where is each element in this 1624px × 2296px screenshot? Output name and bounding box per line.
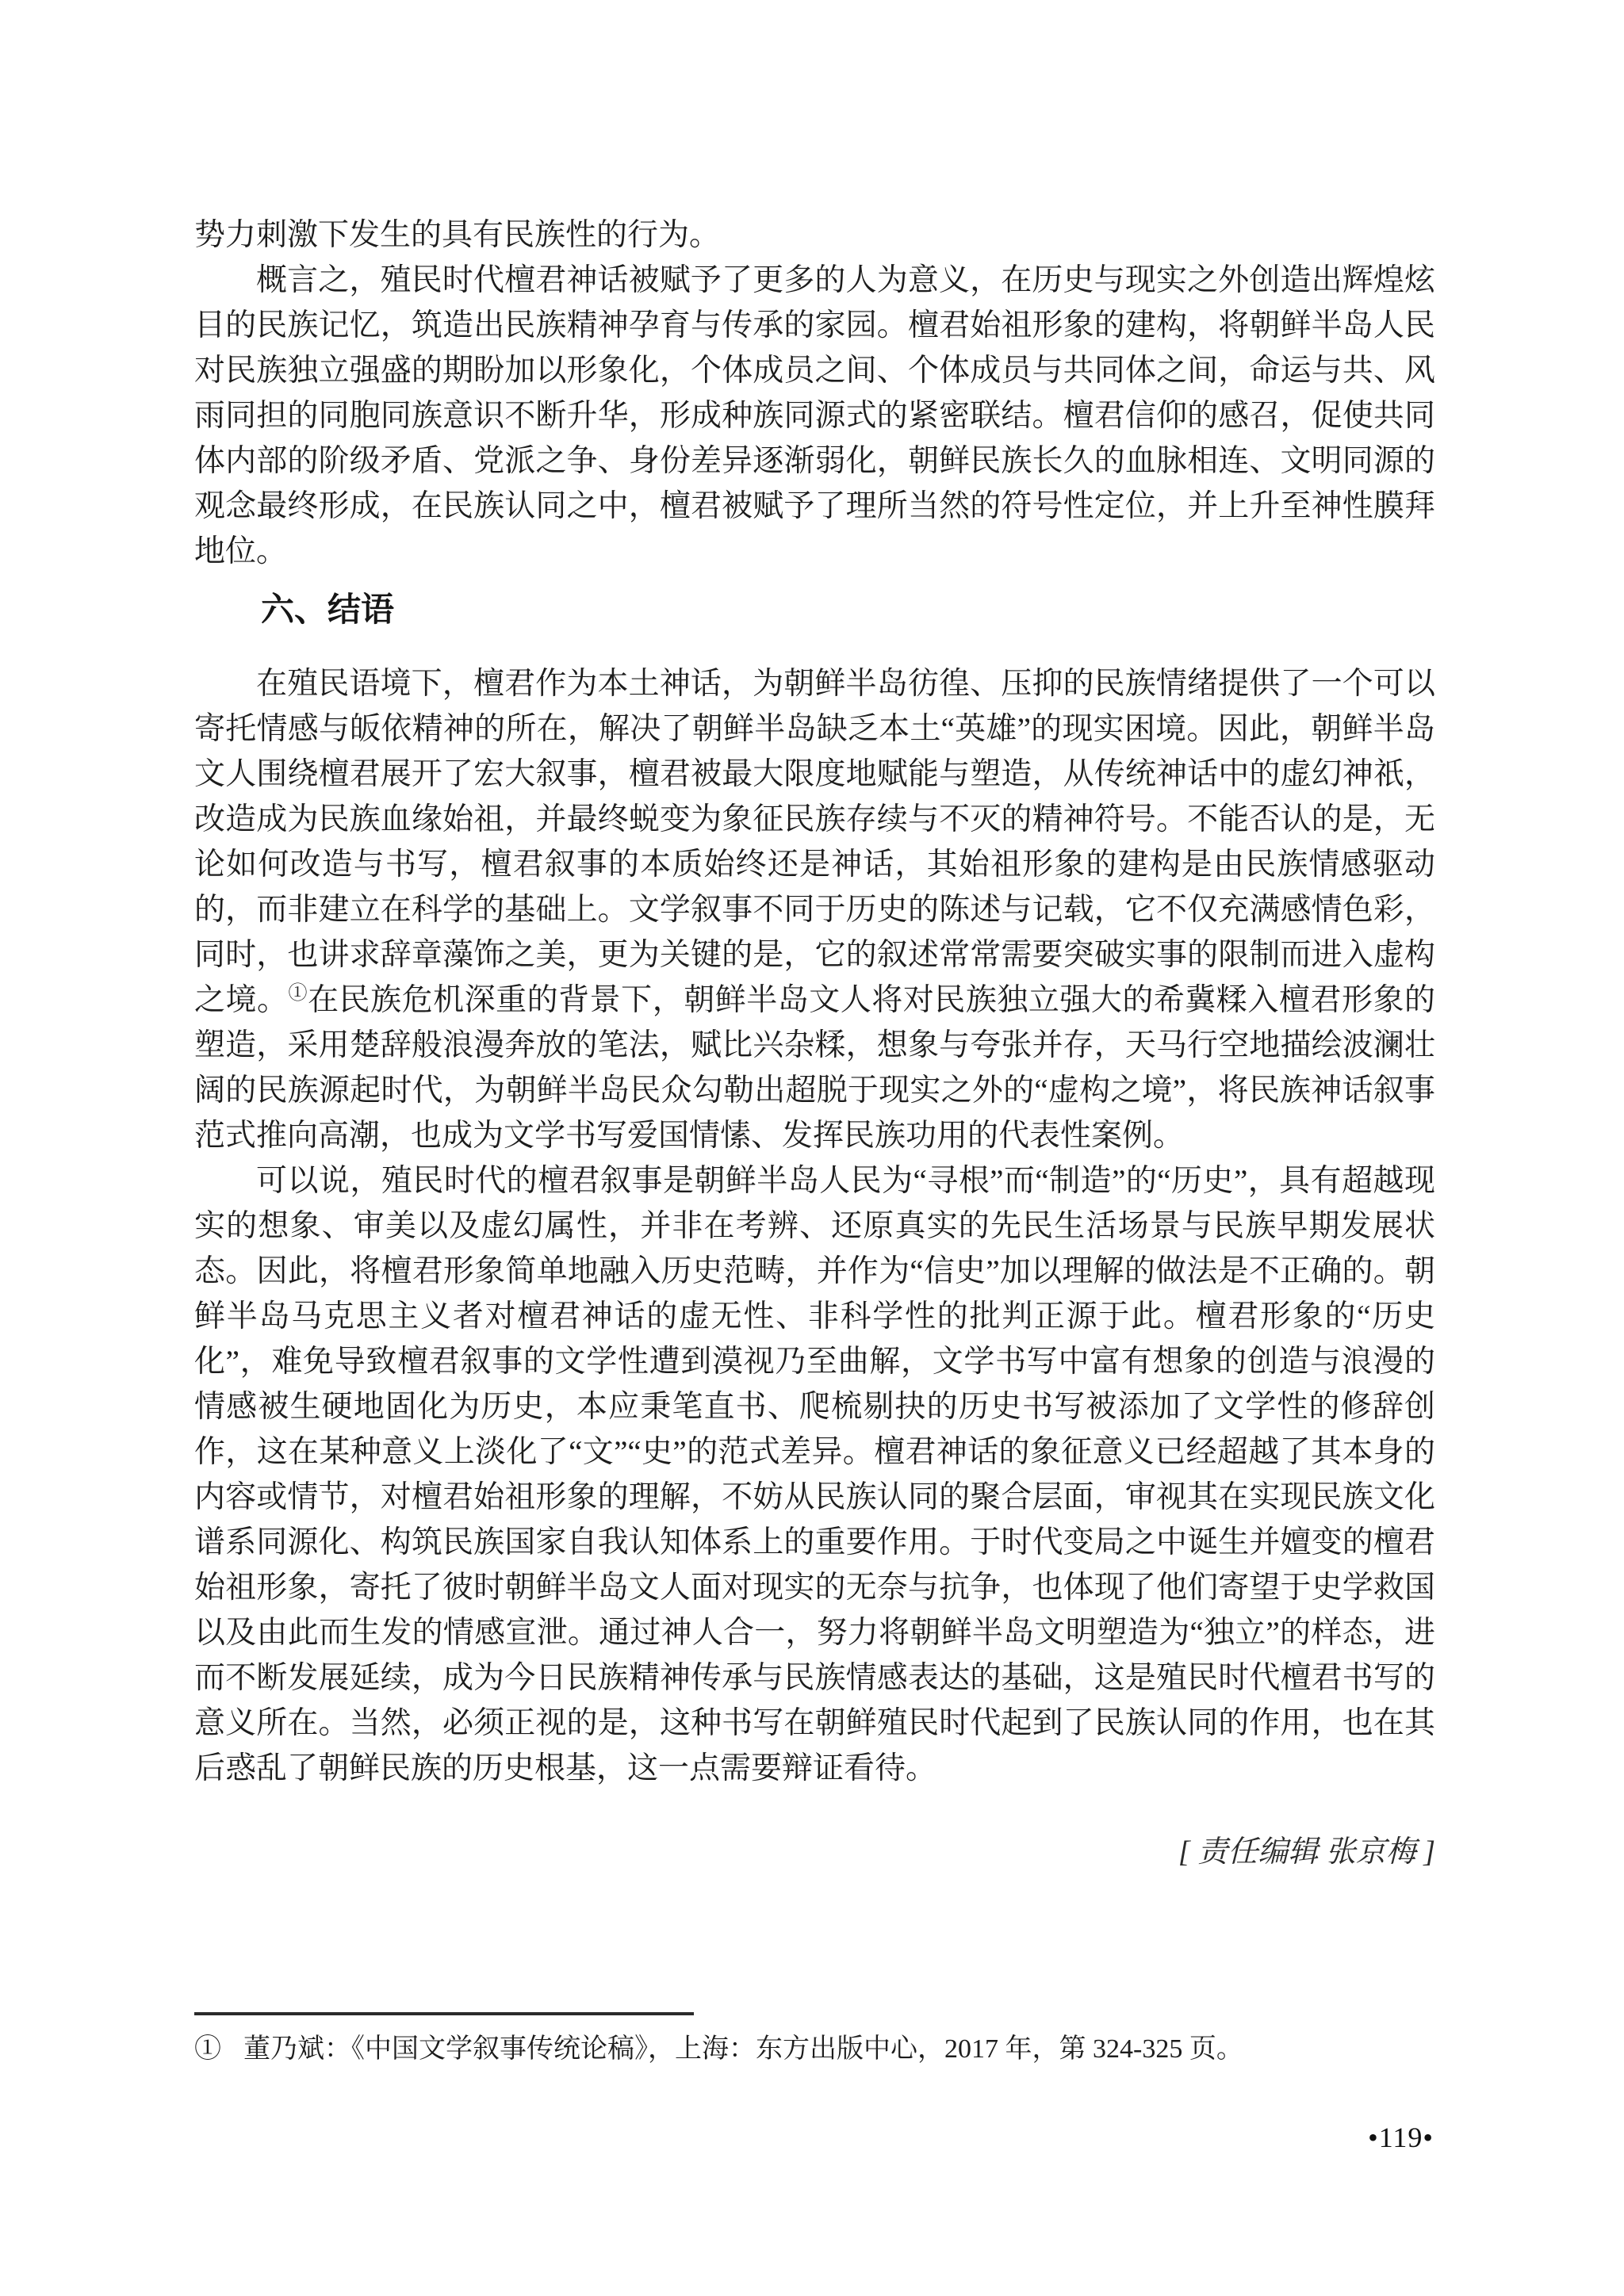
section-heading-conclusion: 六、结语: [194, 591, 1435, 629]
document-page: 势力刺激下发生的具有民族性的行为。 概言之，殖民时代檀君神话被赋予了更多的人为意…: [0, 0, 1624, 2296]
footnote-area: ① 董乃斌：《中国文学叙事传统论稿》，上海：东方出版中心，2017 年，第 32…: [194, 2012, 1435, 2068]
footnote-citation: 董乃斌：《中国文学叙事传统论稿》，上海：东方出版中心，2017 年，第 324-…: [243, 2031, 1435, 2068]
footnote-separator-rule: [194, 2012, 694, 2015]
editor-credit: [ 责任编辑 张京梅 ]: [194, 1834, 1435, 1870]
paragraph-continuation: 势力刺激下发生的具有民族性的行为。: [194, 212, 1435, 258]
footnote-number: ①: [194, 2031, 221, 2068]
article-body: 势力刺激下发生的具有民族性的行为。 概言之，殖民时代檀君神话被赋予了更多的人为意…: [194, 212, 1435, 1870]
paragraph-conclusion-1: 在殖民语境下，檀君作为本土神话，为朝鲜半岛彷徨、压抑的民族情绪提供了一个可以寄托…: [194, 661, 1435, 1158]
paragraph-conclusion-2: 可以说，殖民时代的檀君叙事是朝鲜半岛人民为“寻根”而“制造”的“历史”，具有超越…: [194, 1158, 1435, 1791]
footnote-reference-mark: ①: [289, 983, 308, 1004]
page-number: •119•: [1368, 2122, 1434, 2153]
paragraph-conclusion-1-part-a: 在殖民语境下，檀君作为本土神话，为朝鲜半岛彷徨、压抑的民族情绪提供了一个可以寄托…: [194, 667, 1435, 1017]
paragraph-conclusion-1-part-b: 在民族危机深重的背景下，朝鲜半岛文人将对民族独立强大的希冀糅入檀君形象的塑造，采…: [194, 983, 1435, 1153]
footnote-entry: ① 董乃斌：《中国文学叙事传统论稿》，上海：东方出版中心，2017 年，第 32…: [194, 2031, 1435, 2068]
paragraph-summary: 概言之，殖民时代檀君神话被赋予了更多的人为意义，在历史与现实之外创造出辉煌炫目的…: [194, 258, 1435, 574]
